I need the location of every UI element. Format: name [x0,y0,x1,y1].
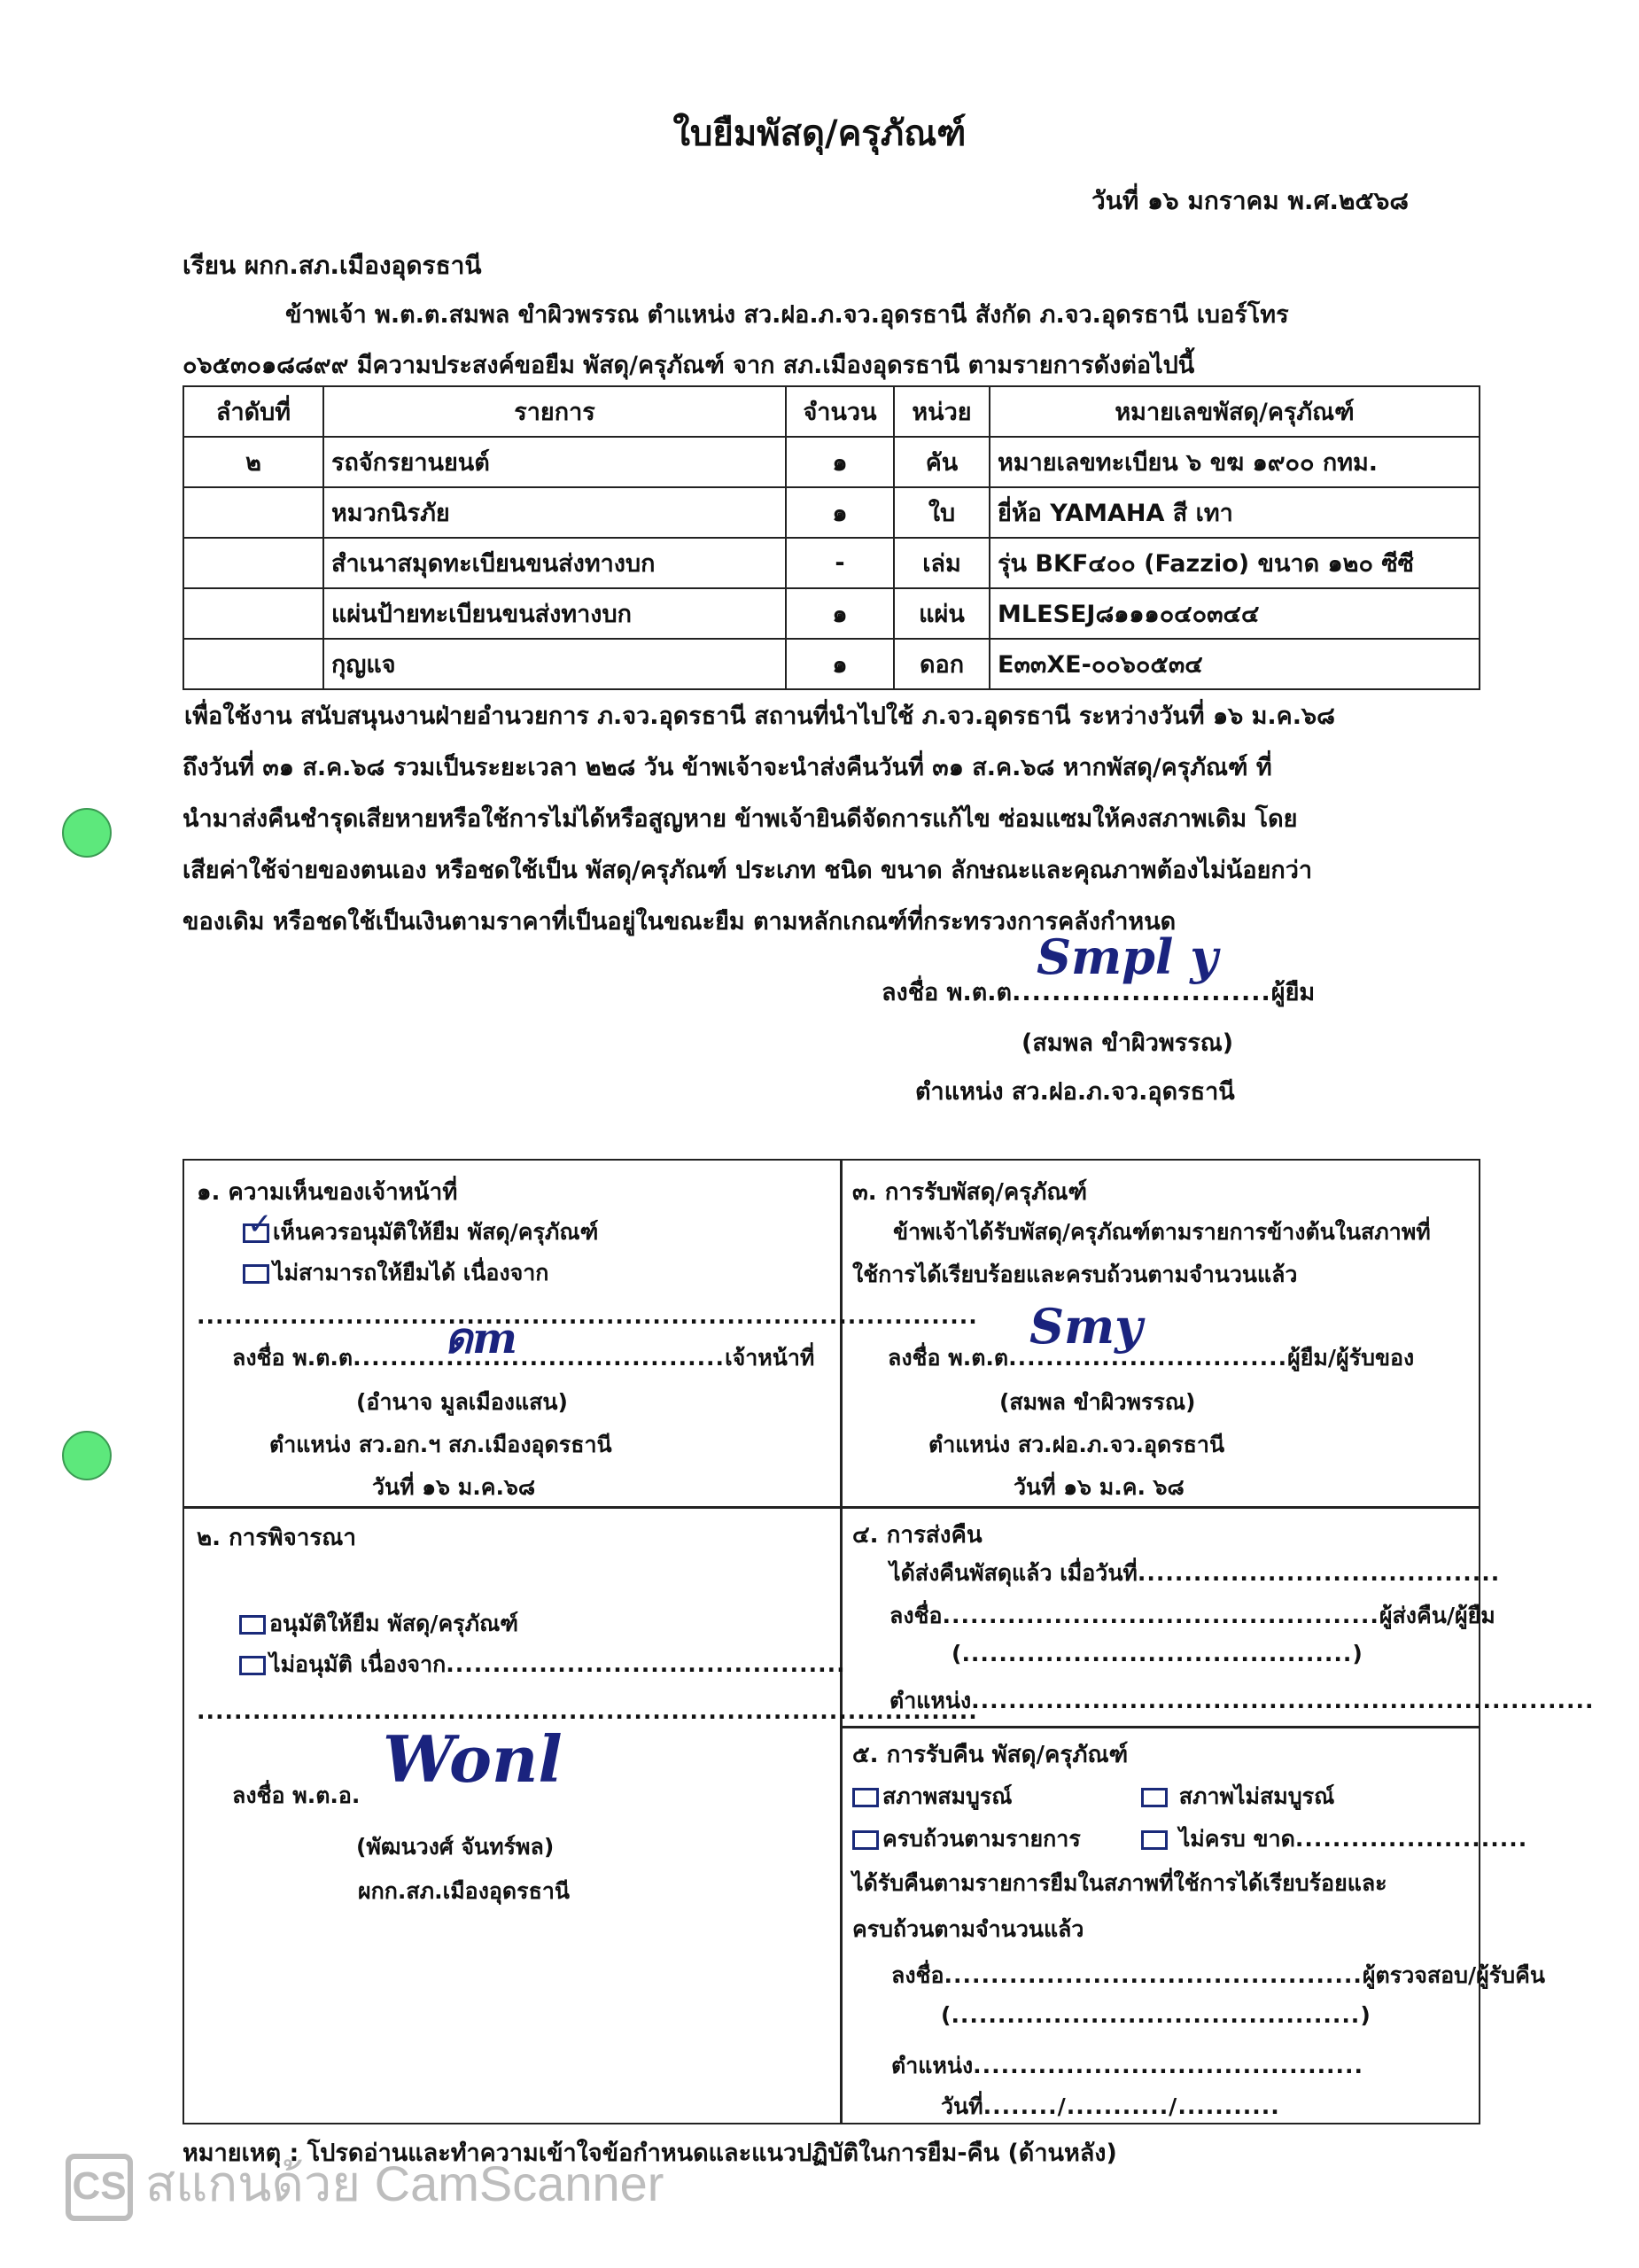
row-desc: MLESEJ๘๑๑๑๐๔๐๓๔๔ [990,588,1480,639]
section-1-heading: ๑. ความเห็นของเจ้าหน้าที่ [197,1174,457,1210]
checkbox-checked-icon[interactable] [243,1223,269,1243]
camscanner-watermark: CSสแกนด้วย CamScanner [66,2144,664,2223]
row-qty: - [786,538,894,588]
section-4-position-field[interactable]: ตำแหน่ง.................................… [889,1683,1594,1719]
checkbox-icon[interactable] [239,1615,266,1635]
purpose-line: เพื่อใช้งาน สนับสนุนงานฝ่ายอำนวยการ ภ.จว… [183,691,1480,742]
section-1-sign-line: ลงชื่อ พ.ต.ต............................… [232,1340,814,1376]
row-qty: ๑ [786,487,894,538]
row-qty: ๑ [786,437,894,487]
section-5-sign-field[interactable]: ลงชื่อ..................................… [891,1958,1545,1993]
option-recommend-approve[interactable]: เห็นควรอนุมัติให้ยืม พัสดุ/ครุภัณฑ์ [243,1215,598,1250]
section-2-name: (พัฒนวงศ์ จันทร์พล) [356,1829,554,1865]
section-1-date: วันที่ ๑๖ ม.ค.๖๘ [372,1470,535,1505]
section-3-position: ตำแหน่ง สว.ฝอ.ภ.จว.อุดรธานี [928,1427,1224,1463]
row-item: รถจักรยานยนต์ [323,437,786,487]
checkbox-icon[interactable] [243,1264,269,1284]
section-1-opinion: ๑. ความเห็นของเจ้าหน้าที่ เห็นควรอนุมัติ… [197,1174,835,1506]
header-desc: หมายเลขพัสดุ/ครุภัณฑ์ [990,386,1480,437]
row-no [183,639,323,689]
section-3-signature-ink: Smy [1029,1298,1143,1355]
checkbox-icon[interactable] [1141,1788,1168,1807]
section-3-text-1: ข้าพเจ้าได้รับพัสดุ/ครุภัณฑ์ตามรายการข้า… [893,1215,1431,1250]
section-5-heading: ๕. การรับคืน พัสดุ/ครุภัณฑ์ [852,1736,1128,1773]
header-unit: หน่วย [894,386,990,437]
row-no: ๒ [183,437,323,487]
hole-punch-bottom [62,1431,112,1480]
borrower-signature-ink: Smpl y [1037,928,1218,985]
intro-line-2: ๐๖๕๓๐๑๘๘๙๙ มีความประสงค์ขอยืม พัสดุ/ครุภ… [183,346,1194,384]
row-unit: ใบ [894,487,990,538]
checkbox-icon[interactable] [239,1656,266,1675]
section-3-date: วันที่ ๑๖ ม.ค. ๖๘ [1014,1470,1185,1505]
checkbox-icon[interactable] [852,1788,879,1807]
header-qty: จำนวน [786,386,894,437]
purpose-line: ของเดิม หรือชดใช้เป็นเงินตามราคาที่เป็นอ… [183,897,1480,948]
section-2-sign-prefix: ลงชื่อ พ.ต.อ. [232,1778,360,1814]
section-5-position-field[interactable]: ตำแหน่ง.................................… [891,2048,1363,2084]
option-missing-items[interactable]: ไม่ครบ ขาด......................... [1141,1821,1527,1857]
section-1-signature-ink: ดm [445,1305,517,1372]
row-desc: ยี่ห้อ YAMAHA สี เทา [990,487,1480,538]
section-3-receipt: ๓. การรับพัสดุ/ครุภัณฑ์ ข้าพเจ้าได้รับพั… [852,1174,1477,1506]
section-4-name-field[interactable]: (.......................................… [952,1641,1363,1666]
option-cannot-lend[interactable]: ไม่สามารถให้ยืมได้ เนื่องจาก [243,1255,548,1291]
row-unit: คัน [894,437,990,487]
purpose-line: เสียค่าใช้จ่ายของตนเอง หรือชดใช้เป็น พัส… [183,845,1480,897]
row-no [183,588,323,639]
purpose-paragraph: เพื่อใช้งาน สนับสนุนงานฝ่ายอำนวยการ ภ.จว… [183,691,1480,948]
table-row: สำเนาสมุดทะเบียนขนส่งทางบก-เล่มรุ่น BKF๔… [183,538,1480,588]
section-2-heading: ๒. การพิจารณา [197,1519,356,1556]
table-row: แผ่นป้ายทะเบียนขนส่งทางบก๑แผ่นMLESEJ๘๑๑๑… [183,588,1480,639]
document-date: วันที่ ๑๖ มกราคม พ.ศ.๒๕๖๘ [1091,182,1409,221]
section-2-position: ผกก.สภ.เมืองอุดรธานี [358,1874,570,1909]
sign-suffix: ผู้ยืม [1271,979,1315,1006]
row-unit: แผ่น [894,588,990,639]
row-item: กุญแจ [323,639,786,689]
watermark-text: สแกนด้วย CamScanner [145,2155,664,2211]
purpose-line: นำมาส่งคืนชำรุดเสียหายหรือใช้การไม่ได้หร… [183,794,1480,845]
section-3-text-2: ใช้การได้เรียบร้อยและครบถ้วนตามจำนวนแล้ว [852,1257,1297,1293]
option-approve[interactable]: อนุมัติให้ยืม พัสดุ/ครุภัณฑ์ [239,1606,518,1642]
returned-date-field[interactable]: ได้ส่งคืนพัสดุแล้ว เมื่อวันที่..........… [889,1556,1500,1591]
section-3-sign-line: ลงชื่อ พ.ต.ต............................… [888,1340,1414,1376]
section-3-name: (สมพล ขำผิวพรรณ) [999,1385,1195,1420]
row-item: หมวกนิรภัย [323,487,786,538]
camscanner-logo-icon: CS [66,2154,133,2221]
header-no: ลำดับที่ [183,386,323,437]
section-5-text-2: ครบถ้วนตามจำนวนแล้ว [852,1912,1084,1947]
section-4-sign-field[interactable]: ลงชื่อ..................................… [889,1598,1495,1634]
option-incomplete-condition[interactable]: สภาพไม่สมบูรณ์ [1141,1779,1334,1814]
section-5-name-field[interactable]: (.......................................… [941,2002,1371,2028]
table-row: ๒รถจักรยานยนต์๑คันหมายเลขทะเบียน ๖ ขฆ ๑๙… [183,437,1480,487]
section-2-consideration: ๒. การพิจารณา อนุมัติให้ยืม พัสดุ/ครุภัณ… [197,1519,835,2122]
row-desc: หมายเลขทะเบียน ๖ ขฆ ๑๙๐๐ กทม. [990,437,1480,487]
section-1-position: ตำแหน่ง สว.อก.ฯ สภ.เมืองอุดรธานี [269,1427,612,1463]
section-5-text-1: ได้รับคืนตามรายการยืมในสภาพที่ใช้การได้เ… [852,1866,1387,1901]
section-3-heading: ๓. การรับพัสดุ/ครุภัณฑ์ [852,1174,1087,1210]
checkbox-icon[interactable] [1141,1830,1168,1850]
row-item: แผ่นป้ายทะเบียนขนส่งทางบก [323,588,786,639]
borrower-position: ตำแหน่ง สว.ฝอ.ภ.จว.อุดรธานี [915,1072,1235,1110]
section-5-receive-return: ๕. การรับคืน พัสดุ/ครุภัณฑ์ สภาพสมบูรณ์ … [852,1736,1477,2122]
section-4-return: ๔. การส่งคืน ได้ส่งคืนพัสดุแล้ว เมื่อวัน… [852,1517,1477,1725]
row-no [183,487,323,538]
option-complete-condition[interactable]: สภาพสมบูรณ์ [852,1779,1012,1814]
row-unit: ดอก [894,639,990,689]
option-complete-items[interactable]: ครบถ้วนตามรายการ [852,1821,1081,1857]
sign-prefix: ลงชื่อ พ.ต.ต [882,979,1012,1006]
row-item: สำเนาสมุดทะเบียนขนส่งทางบก [323,538,786,588]
table-row: กุญแจ๑ดอกE๓๓XE-๐๐๖๐๕๓๔ [183,639,1480,689]
section-5-date-field[interactable]: วันที่......../.........../........... [941,2089,1280,2124]
items-table: ลำดับที่ รายการ จำนวน หน่วย หมายเลขพัสดุ… [183,385,1480,690]
hole-punch-top [62,808,112,858]
addressee: เรียน ผกก.สภ.เมืองอุดรธานี [183,246,482,285]
row-qty: ๑ [786,639,894,689]
document-title: ใบยืมพัสดุ/ครุภัณฑ์ [0,105,1639,161]
row-no [183,538,323,588]
table-header-row: ลำดับที่ รายการ จำนวน หน่วย หมายเลขพัสดุ… [183,386,1480,437]
section-2-signature-ink: Wonl [383,1721,563,1797]
row-qty: ๑ [786,588,894,639]
row-unit: เล่ม [894,538,990,588]
section-1-name: (อำนาจ มูลเมืองแสน) [356,1385,568,1420]
row-desc: รุ่น BKF๔๐๐ (Fazzio) ขนาด ๑๒๐ ซีซี [990,538,1480,588]
table-row: หมวกนิรภัย๑ใบยี่ห้อ YAMAHA สี เทา [183,487,1480,538]
checkbox-icon[interactable] [852,1830,879,1850]
row-desc: E๓๓XE-๐๐๖๐๕๓๔ [990,639,1480,689]
purpose-line: ถึงวันที่ ๓๑ ส.ค.๖๘ รวมเป็นระยะเวลา ๒๒๘ … [183,742,1480,794]
option-not-approve[interactable]: ไม่อนุมัติ เนื่องจาก....................… [239,1647,846,1682]
borrower-name: (สมพล ขำผิวพรรณ) [1021,1023,1233,1061]
section-4-heading: ๔. การส่งคืน [852,1517,983,1553]
intro-line-1: ข้าพเจ้า พ.ต.ต.สมพล ขำผิวพรรณ ตำแหน่ง สว… [285,295,1289,333]
header-item: รายการ [323,386,786,437]
